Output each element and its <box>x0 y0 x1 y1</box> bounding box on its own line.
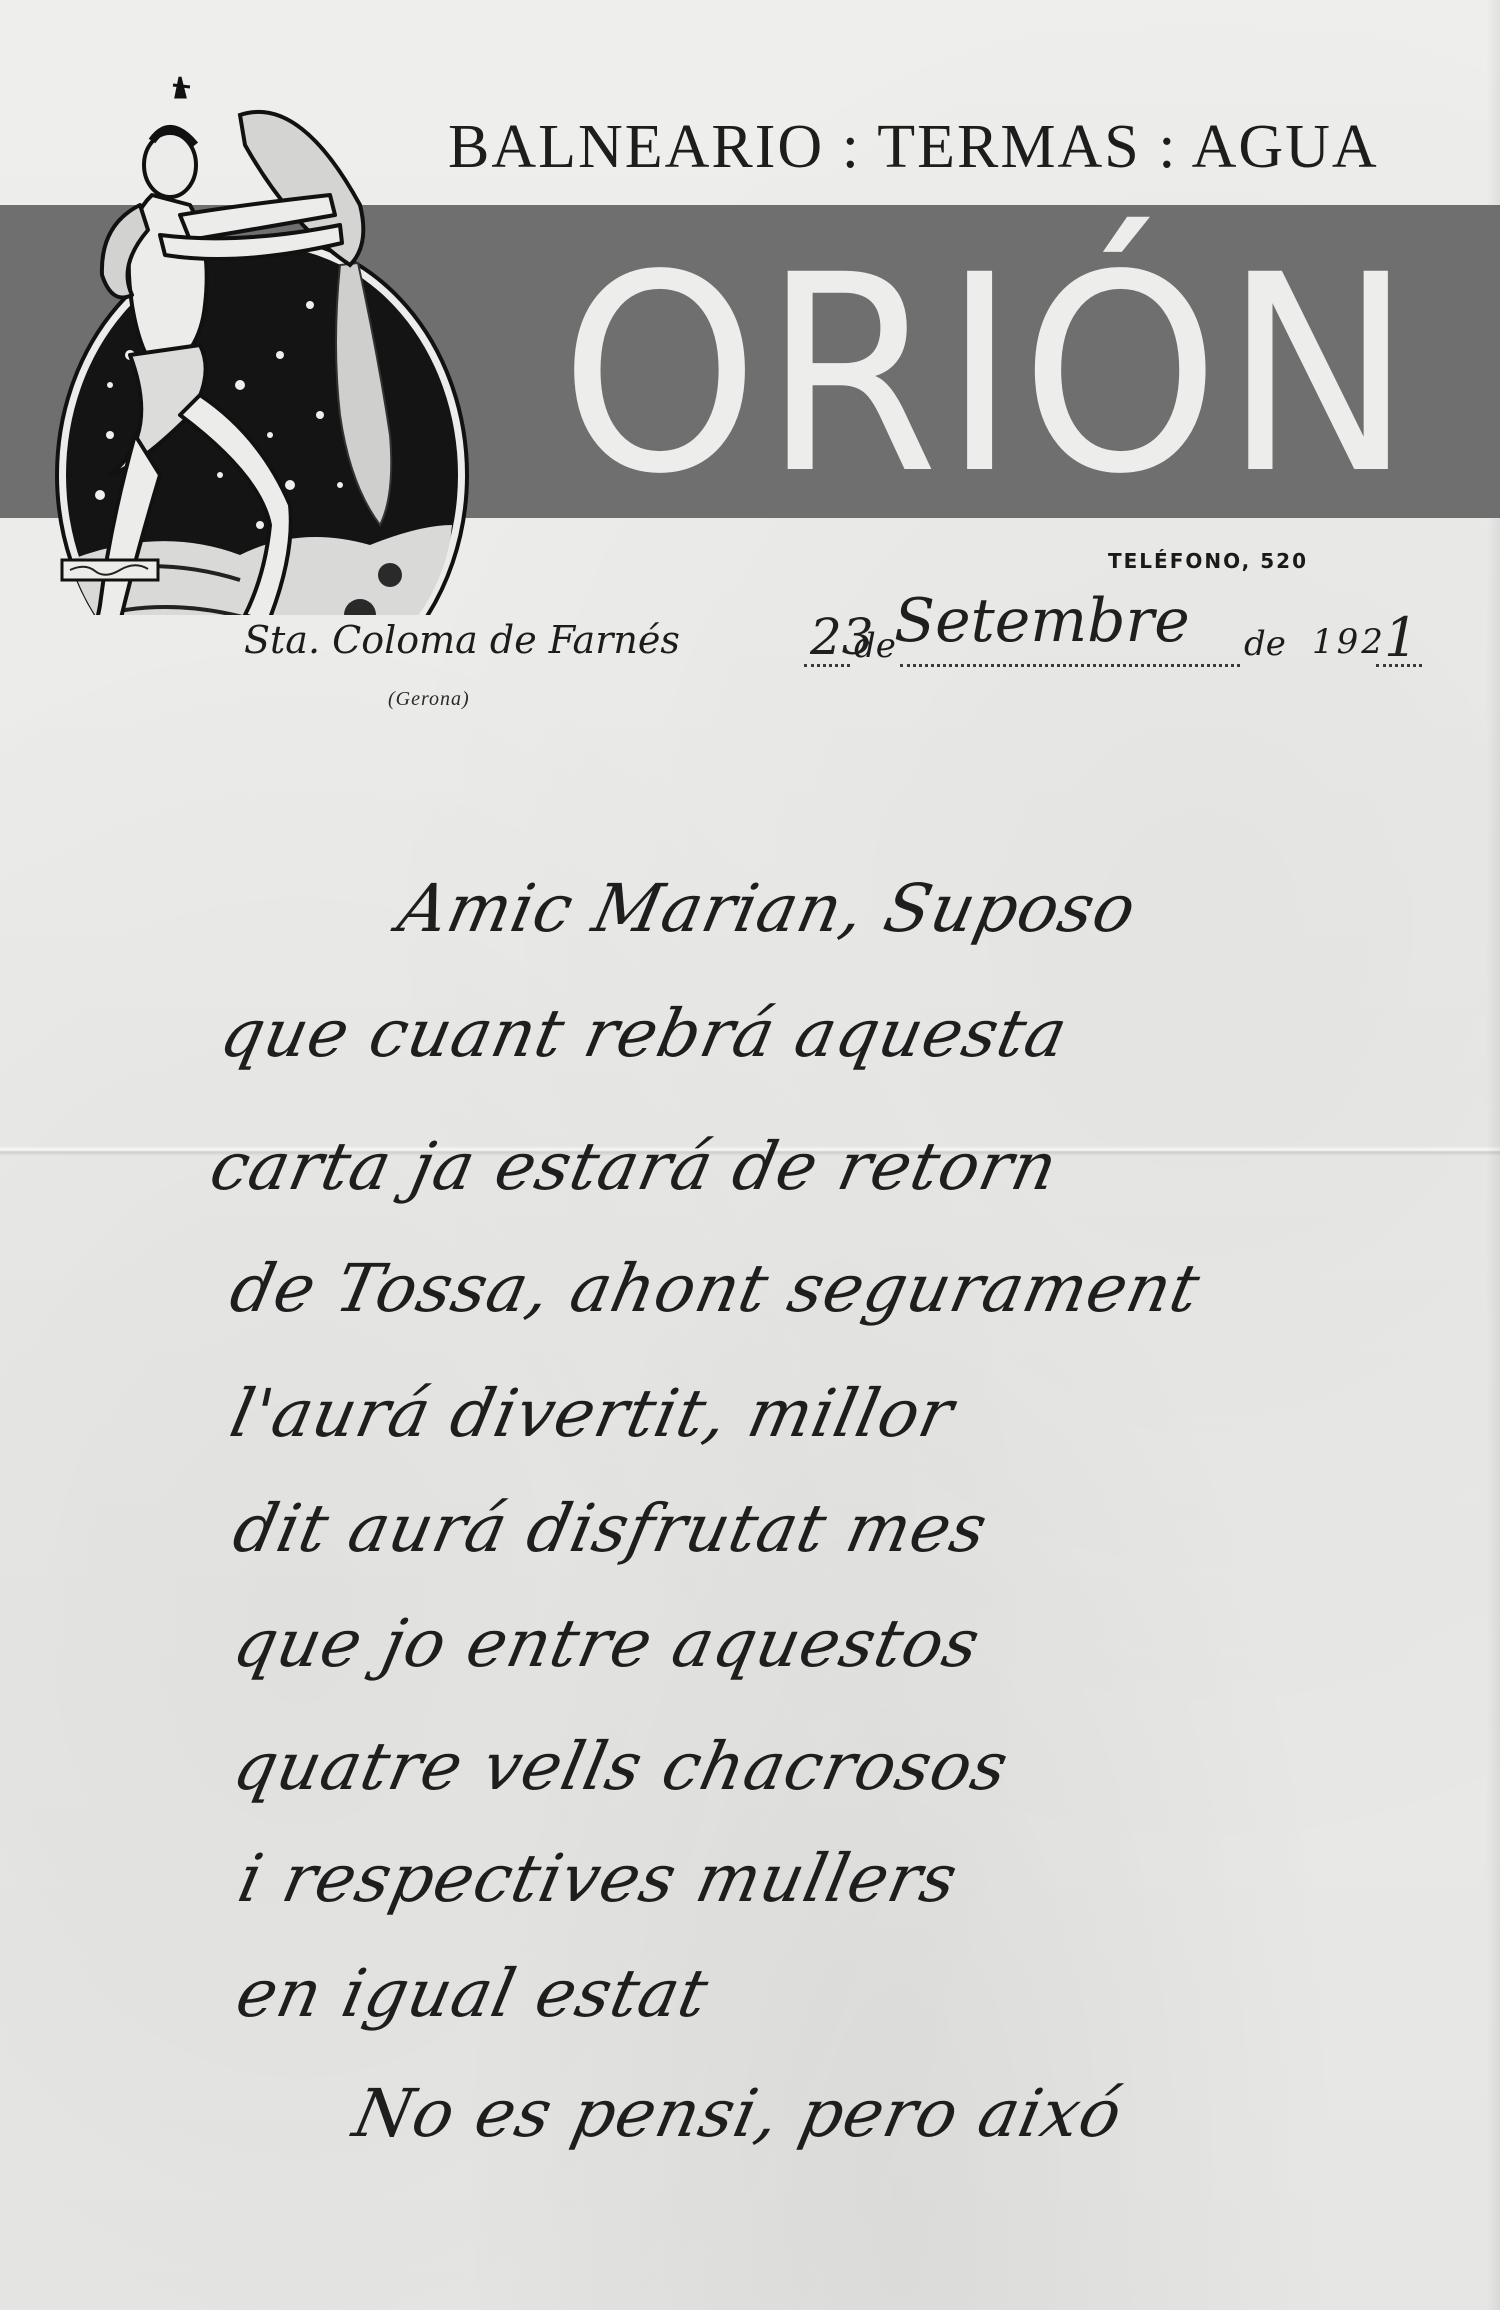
date-de-1: de <box>854 626 896 666</box>
letter-line: i respectives mullers <box>232 1840 965 1917</box>
letter-line: No es pensi, pero aixó <box>347 2075 1129 2152</box>
dateline: Sta. Coloma de Farnés 23 de Setembre de … <box>244 618 1424 678</box>
orion-emblem-icon <box>40 55 490 615</box>
date-de-2: de <box>1244 624 1286 664</box>
place-name: Sta. Coloma de Farnés <box>244 618 680 662</box>
letter-line: dit aurá disfrutat mes <box>227 1490 995 1567</box>
letter-line: que cuant rebrá aquesta <box>214 995 1075 1072</box>
month-dotted-rule <box>900 664 1240 667</box>
letter-line: de Tossa, ahont segurament <box>224 1250 1207 1327</box>
letter-line: l'aurá divertit, millor <box>224 1375 961 1452</box>
phone-number: TELÉFONO, 520 <box>1108 549 1308 573</box>
letter-line: carta ja estará de retorn <box>204 1128 1065 1205</box>
letter-line: que jo entre aquestos <box>227 1605 987 1682</box>
brand-title: ORIÓN <box>560 236 1416 516</box>
letterhead-tagline: BALNEARIO : TERMAS : AGUA <box>448 112 1428 183</box>
letter-line: en igual estat <box>230 1955 716 2032</box>
handwritten-month: Setembre <box>894 586 1190 656</box>
region-label: (Gerona) <box>388 688 470 711</box>
letter-line: quatre vells chacrosos <box>227 1728 1016 1805</box>
printed-year: 192 <box>1312 622 1386 662</box>
letter-line: Amic Marian, Suposo <box>392 870 1143 947</box>
handwritten-year-digit: 1 <box>1384 606 1418 669</box>
